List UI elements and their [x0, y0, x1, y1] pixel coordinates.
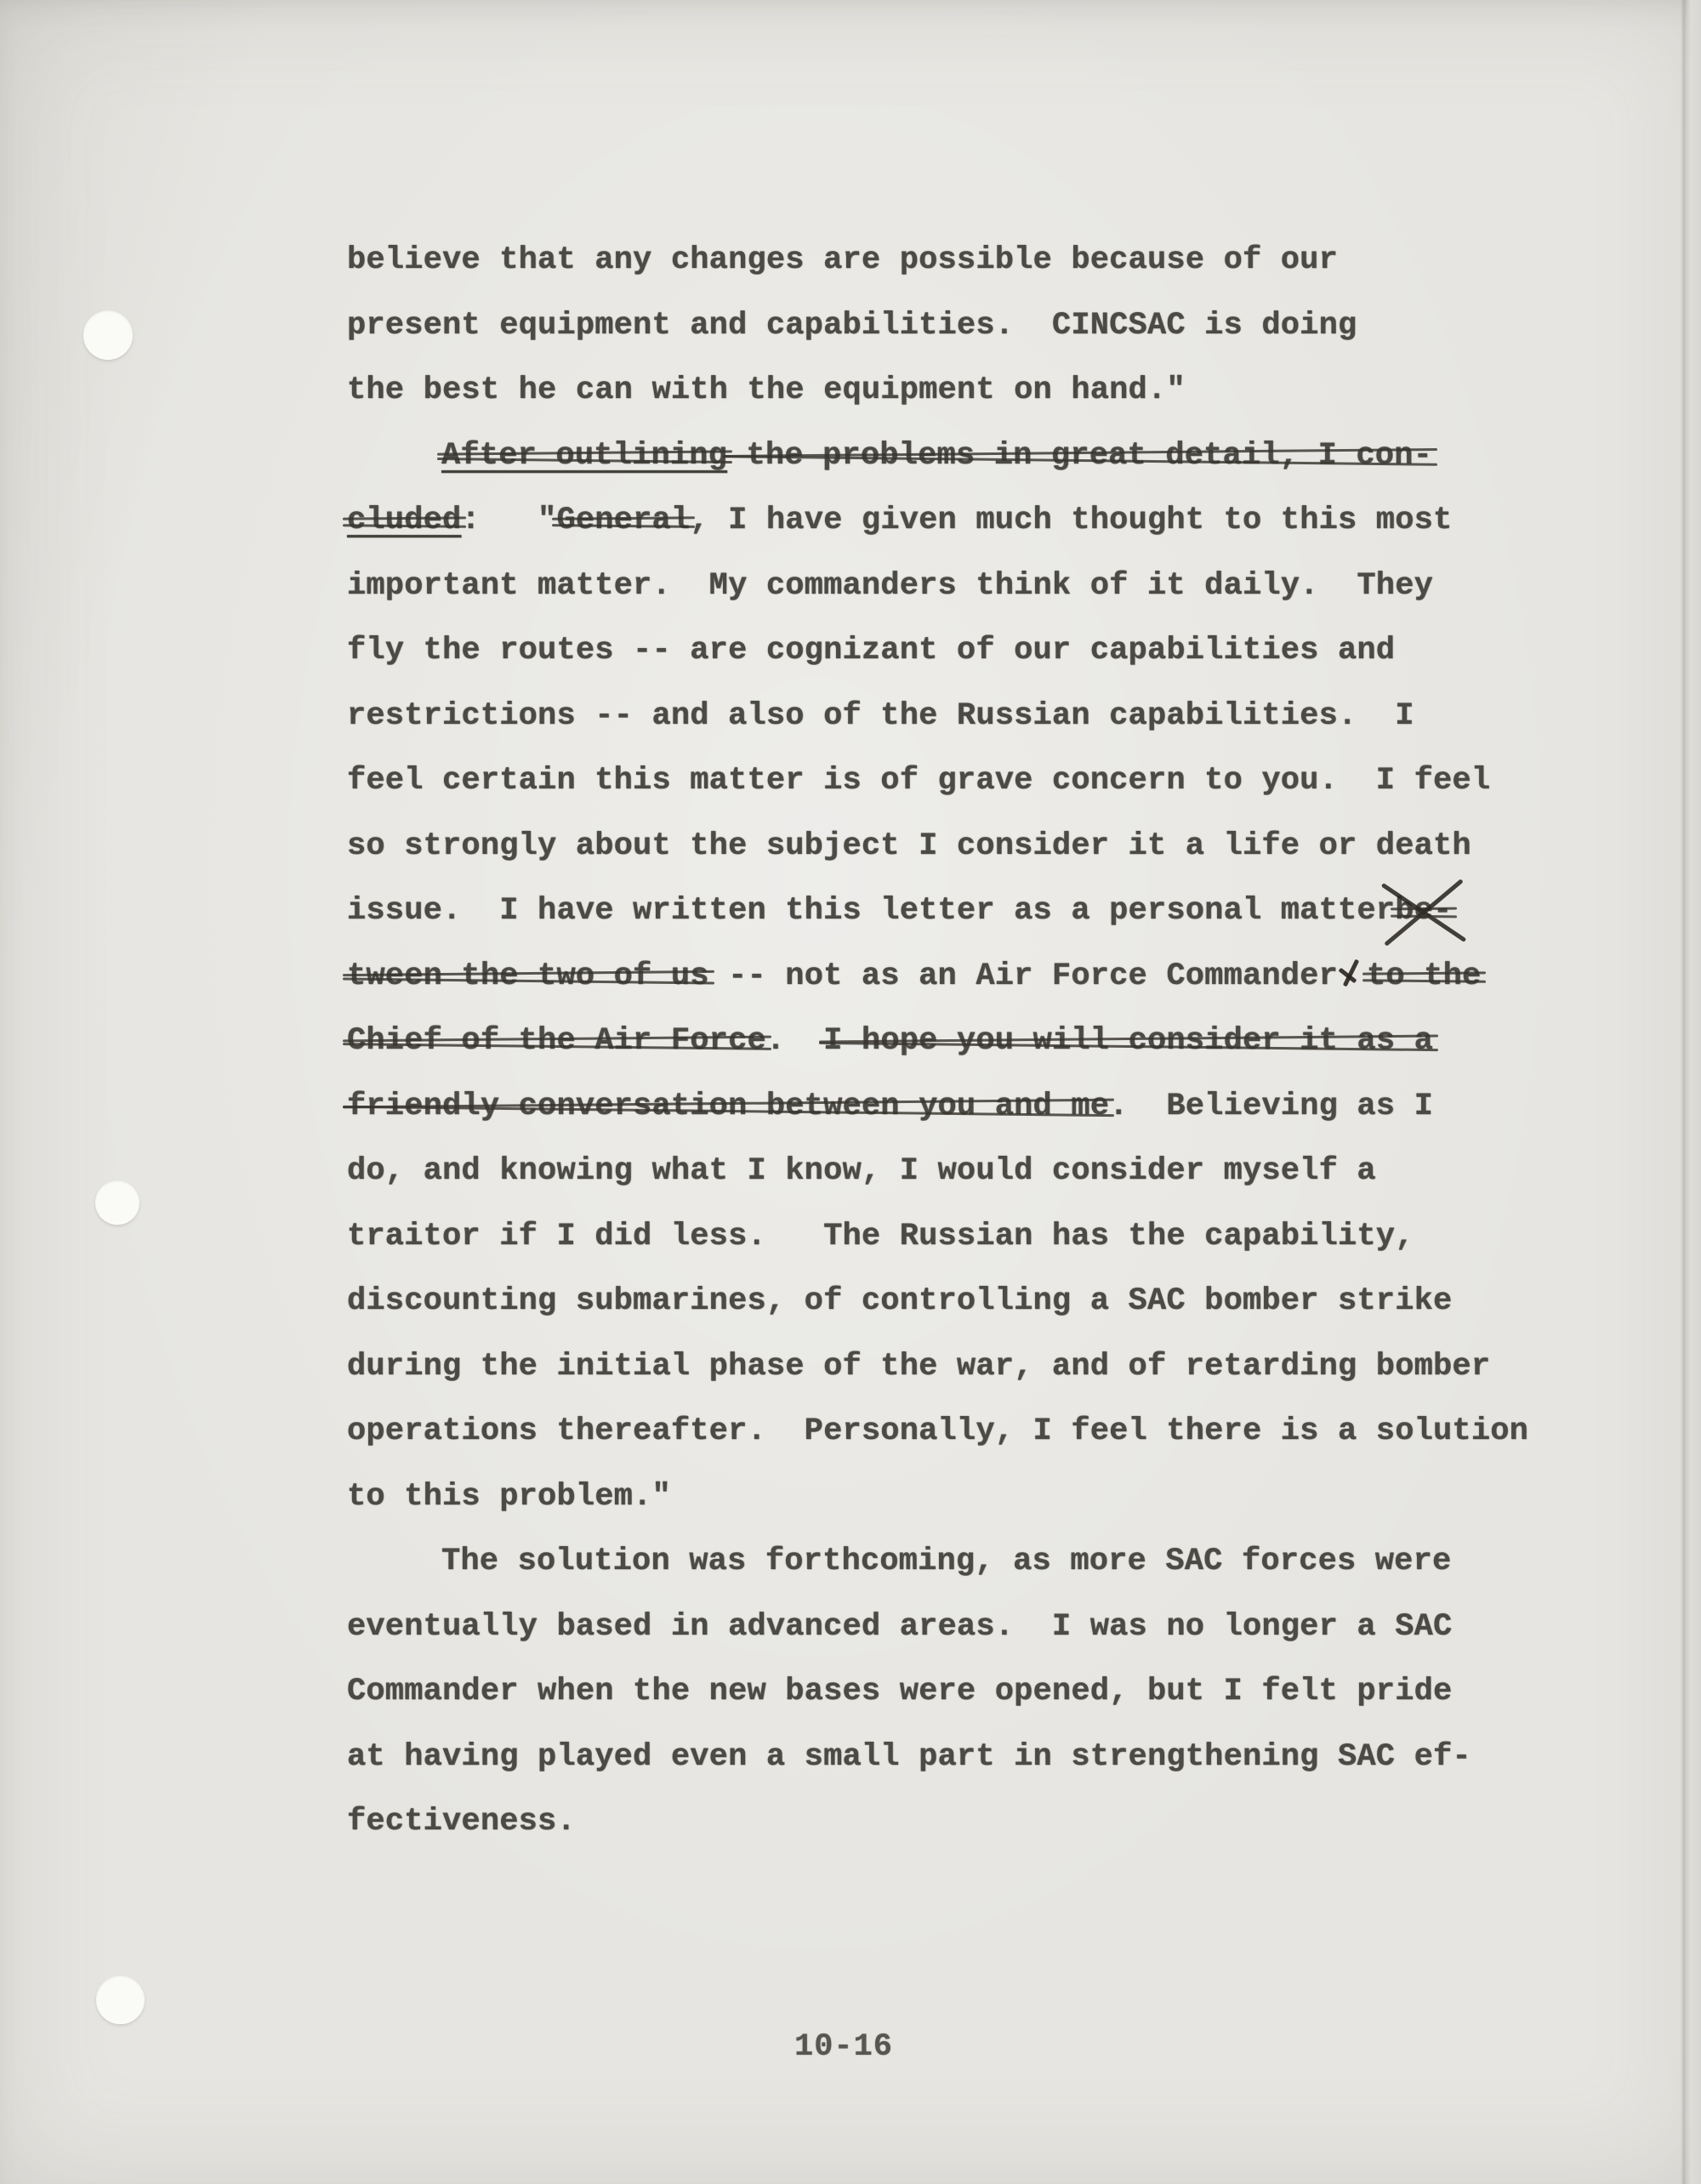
text-line: feel certain this matter is of grave con…: [347, 748, 1555, 814]
text-segment: during the initial phase of the war, and…: [347, 1334, 1490, 1400]
text-segment: fly the routes -- are cognizant of our c…: [347, 618, 1395, 684]
x-deleted-text: be-: [1395, 879, 1452, 944]
text-line: tween the two of us -- not as an Air For…: [347, 944, 1555, 1010]
text-line: issue. I have written this letter as a p…: [347, 879, 1555, 944]
text-line: restrictions -- and also of the Russian …: [347, 684, 1555, 749]
text-line: The solution was forthcoming, as more SA…: [347, 1529, 1555, 1595]
text-segment: believe that any changes are possible be…: [347, 228, 1338, 293]
text-line: believe that any changes are possible be…: [347, 228, 1555, 293]
text-segment: issue. I have written this letter as a p…: [347, 879, 1395, 944]
text-segment: to this problem.": [347, 1465, 671, 1530]
struck-text: the problems in great detail, I con-: [727, 424, 1432, 489]
text-segment: eventually based in advanced areas. I wa…: [347, 1595, 1452, 1660]
text-segment: .: [766, 1009, 823, 1074]
text-line: friendly conversation between you and me…: [347, 1074, 1555, 1140]
text-segment: at having played even a small part in st…: [347, 1725, 1471, 1790]
text-line: at having played even a small part in st…: [347, 1725, 1555, 1790]
punch-hole-top: [83, 310, 133, 360]
struck-text: I hope you will consider it as a: [823, 1009, 1433, 1074]
typewritten-text-body: believe that any changes are possible be…: [347, 228, 1555, 1855]
text-segment: operations thereafter. Personally, I fee…: [347, 1399, 1528, 1465]
punch-hole-middle: [95, 1180, 139, 1225]
text-line: fectiveness.: [347, 1789, 1555, 1855]
text-line: important matter. My commanders think of…: [347, 554, 1555, 619]
text-segment: so strongly about the subject I consider…: [347, 814, 1471, 879]
text-segment: The solution was forthcoming, as more SA…: [441, 1529, 1451, 1595]
struck-text: tween the two of us: [347, 944, 709, 1010]
struck-text: Chief of the Air Force: [347, 1009, 766, 1074]
punch-hole-bottom: [96, 1976, 145, 2024]
text-line: present equipment and capabilities. CINC…: [347, 293, 1555, 359]
text-line: After outlining the problems in great de…: [347, 424, 1555, 489]
text-segment: fectiveness.: [347, 1789, 576, 1855]
page-number: 10-16: [794, 2029, 893, 2065]
paper-right-edge: [1681, 0, 1701, 2184]
text-segment: important matter. My commanders think of…: [347, 554, 1433, 619]
struck-text: General: [556, 488, 690, 554]
scanned-page: believe that any changes are possible be…: [0, 0, 1701, 2184]
text-segment: Commander when the new bases were opened…: [347, 1659, 1452, 1725]
text-line: Chief of the Air Force. I hope you will …: [347, 1009, 1555, 1074]
text-line: discounting submarines, of controlling a…: [347, 1269, 1555, 1334]
text-line: operations thereafter. Personally, I fee…: [347, 1399, 1555, 1465]
text-segment: present equipment and capabilities. CINC…: [347, 293, 1357, 359]
text-line: to this problem.": [347, 1465, 1555, 1530]
text-line: traitor if I did less. The Russian has t…: [347, 1204, 1555, 1270]
text-segment: , I have given much thought to this most: [690, 488, 1452, 554]
text-line: eventually based in advanced areas. I wa…: [347, 1595, 1555, 1660]
text-segment: feel certain this matter is of grave con…: [347, 748, 1490, 814]
text-segment: -- not as an Air Force Commander: [709, 944, 1338, 1010]
struck-text: to the: [1367, 944, 1481, 1010]
text-line: Commander when the new bases were opened…: [347, 1659, 1555, 1725]
text-segment: . Believing as I: [1109, 1074, 1433, 1140]
text-line: fly the routes -- are cognizant of our c…: [347, 618, 1555, 684]
text-segment: restrictions -- and also of the Russian …: [347, 684, 1414, 749]
text-line: the best he can with the equipment on ha…: [347, 358, 1555, 424]
text-line: do, and knowing what I know, I would con…: [347, 1139, 1555, 1204]
text-segment: traitor if I did less. The Russian has t…: [347, 1204, 1414, 1270]
text-line: during the initial phase of the war, and…: [347, 1334, 1555, 1400]
text-segment: discounting submarines, of controlling a…: [347, 1269, 1452, 1334]
text-segment: the best he can with the equipment on ha…: [347, 358, 1186, 424]
struck-underlined-text: cluded: [347, 488, 461, 554]
text-line: so strongly about the subject I consider…: [347, 814, 1555, 879]
caret-insertion-mark: [1338, 957, 1367, 991]
struck-text: friendly conversation between you and me: [347, 1074, 1109, 1140]
text-segment: : ": [461, 488, 556, 554]
text-segment: do, and knowing what I know, I would con…: [347, 1139, 1376, 1204]
text-line: cluded: "General, I have given much thou…: [347, 488, 1555, 554]
struck-underlined-text: After outlining: [441, 424, 727, 489]
